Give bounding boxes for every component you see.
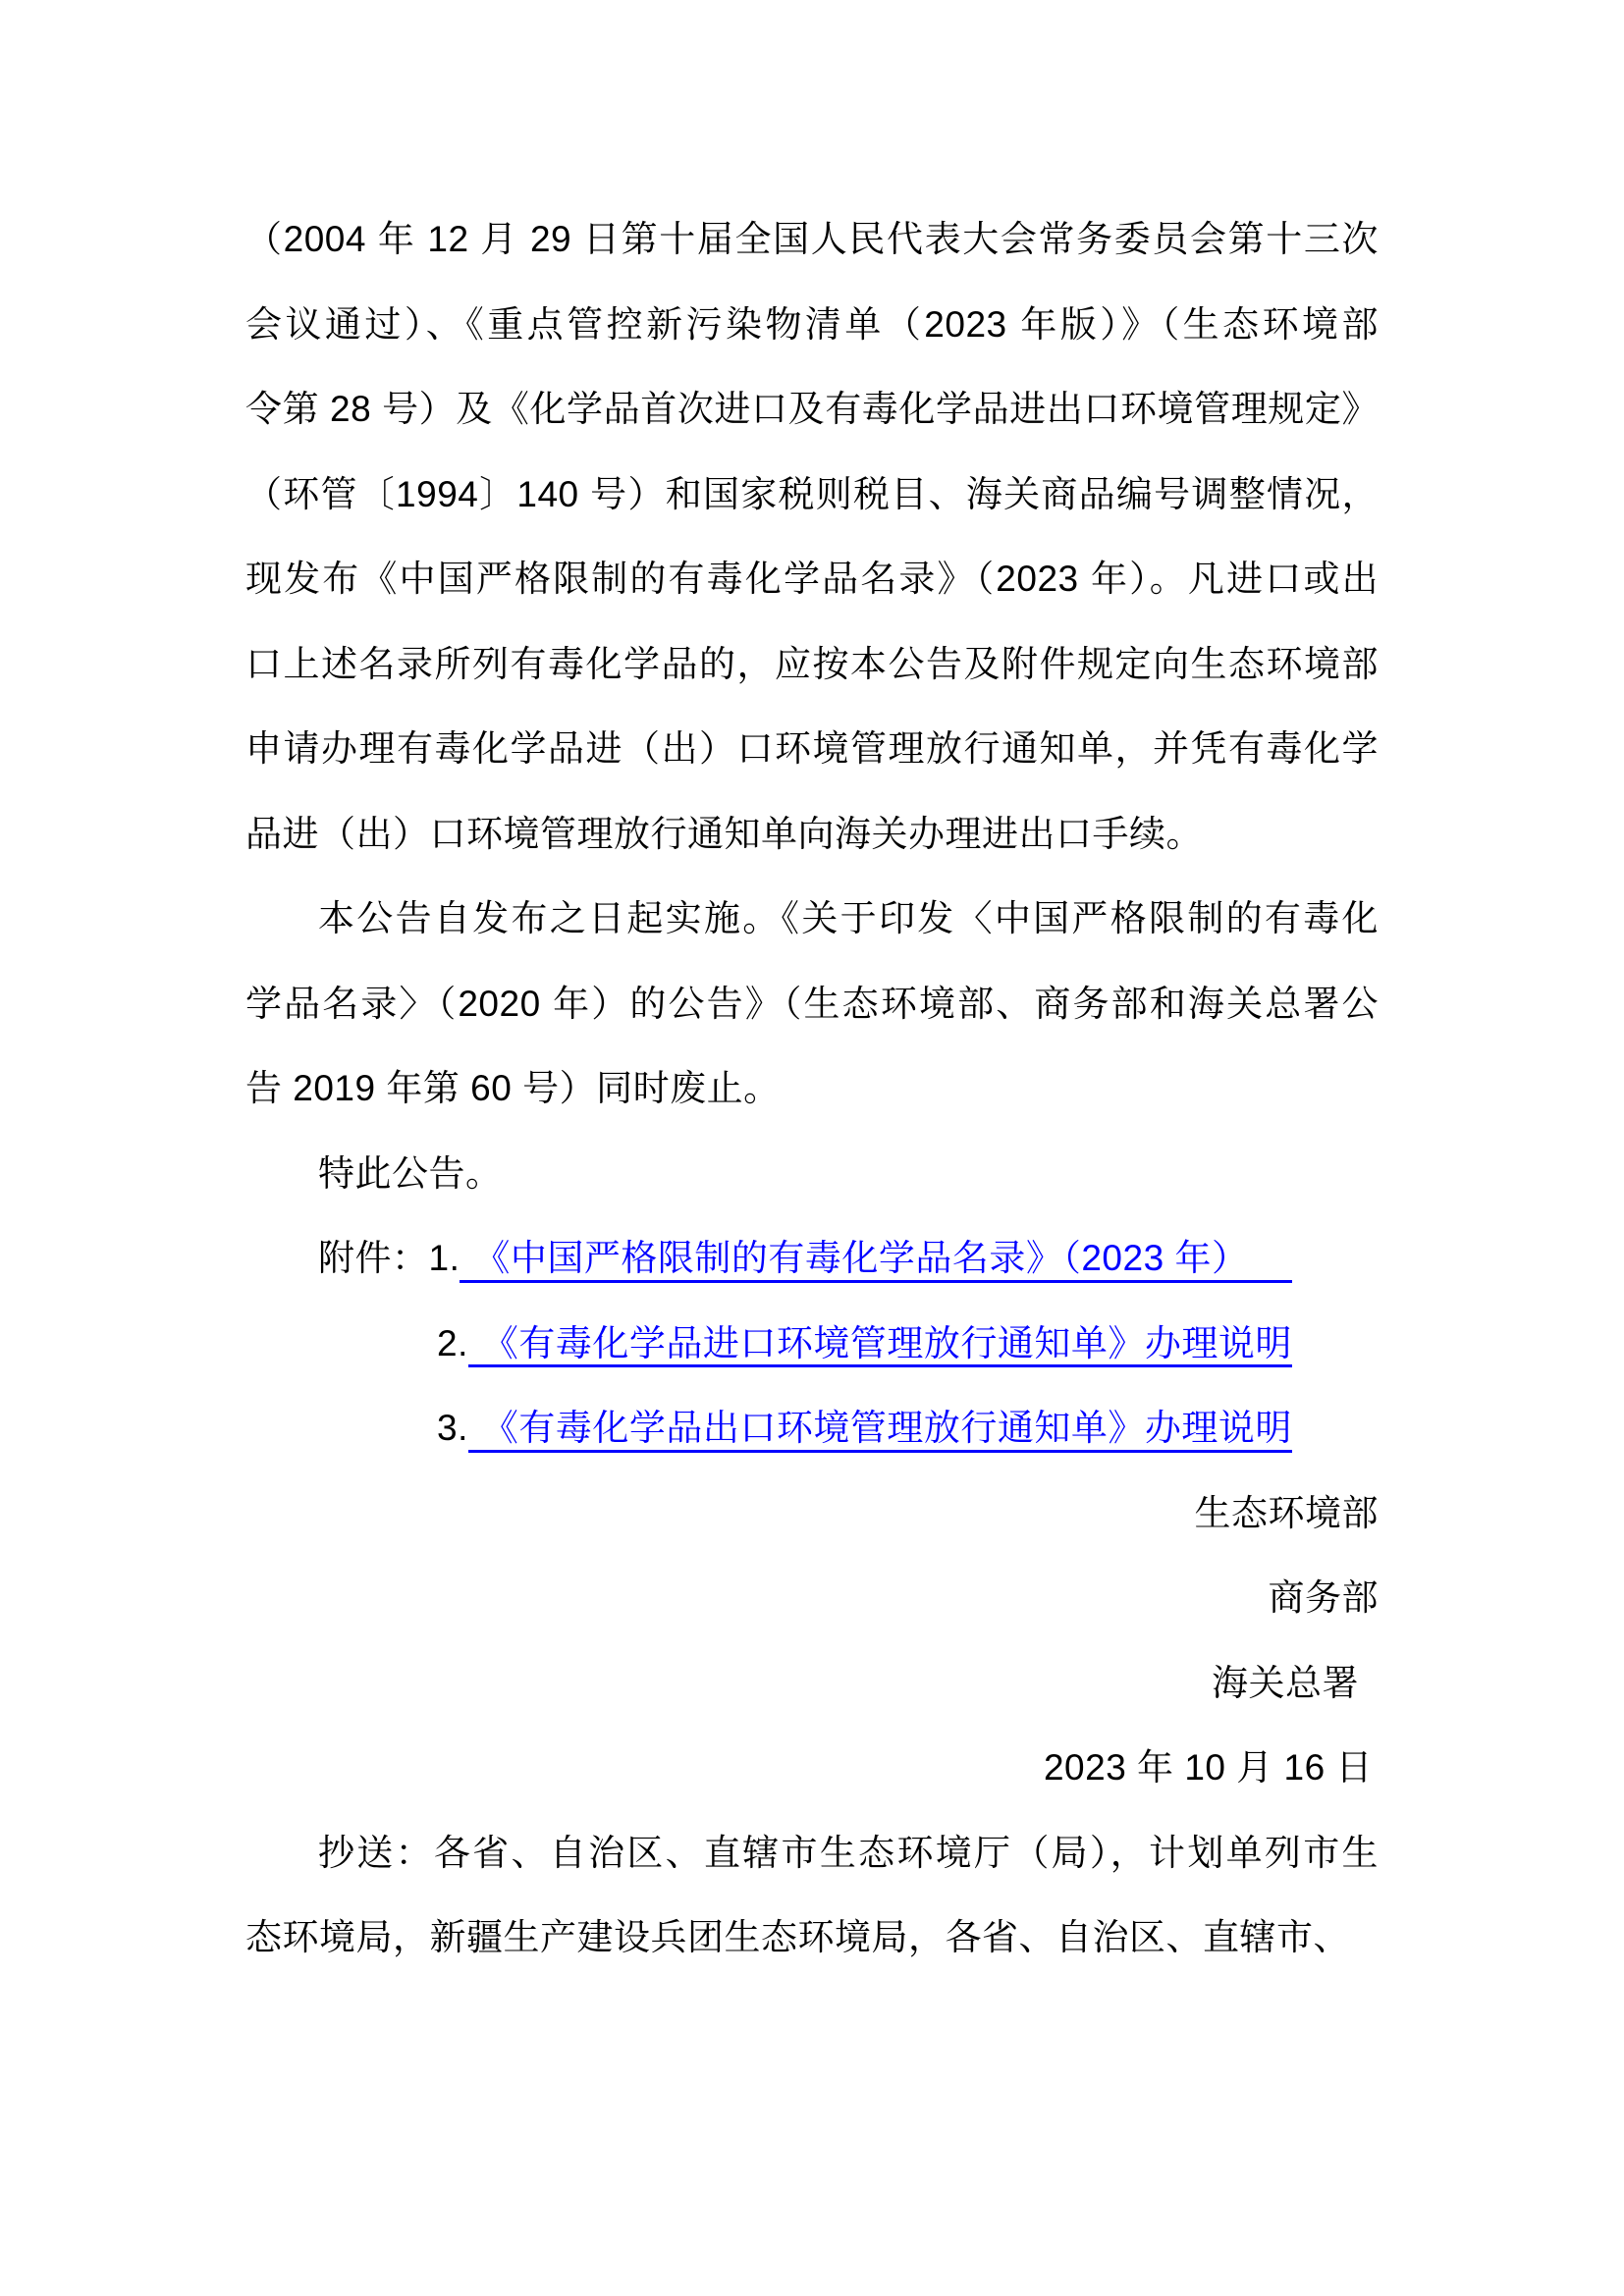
attachment-line-1: 附件：1.《中国严格限制的有毒化学品名录》（2023 年） <box>245 1216 1379 1302</box>
cc-line-2: 态环境局，新疆生产建设兵团生态环境局，各省、自治区、直辖市、 <box>245 1896 1379 1981</box>
document-text-block: （2004 年 12 月 29 日第十届全国人民代表大会常务委员会第十三次 会议… <box>245 197 1379 1981</box>
signature-agency-customs: 海关总署 <box>245 1641 1379 1727</box>
attachment-line-3: 3.《有毒化学品出口环境管理放行通知单》办理说明 <box>245 1386 1379 1471</box>
closing-line: 特此公告。 <box>245 1132 1379 1217</box>
signature-agency-mofcom: 商务部 <box>245 1556 1379 1641</box>
paragraph1-line-8: 品进（出）口环境管理放行通知单向海关办理进出口手续。 <box>245 792 1379 878</box>
paragraph2-line-1: 本公告自发布之日起实施。《关于印发〈中国严格限制的有毒化 <box>245 877 1379 962</box>
attachments-label: 附件： <box>318 1238 429 1278</box>
attachment-2-number: 2. <box>437 1323 468 1363</box>
paragraph1-line-4: （环管〔1994〕140 号）和国家税则税目、海关商品编号调整情况， <box>245 453 1379 538</box>
document-page: （2004 年 12 月 29 日第十届全国人民代表大会常务委员会第十三次 会议… <box>0 0 1624 2296</box>
paragraph1-line-1: （2004 年 12 月 29 日第十届全国人民代表大会常务委员会第十三次 <box>245 197 1379 283</box>
signature-date: 2023 年 10 月 16 日 <box>245 1726 1379 1811</box>
paragraph1-line-6: 口上述名录所列有毒化学品的，应按本公告及附件规定向生态环境部 <box>245 622 1379 708</box>
attachment-line-2: 2.《有毒化学品进口环境管理放行通知单》办理说明 <box>245 1302 1379 1387</box>
signature-agency-moee: 生态环境部 <box>245 1471 1379 1557</box>
paragraph1-line-5: 现发布《中国严格限制的有毒化学品名录》（2023 年）。凡进口或出 <box>245 537 1379 622</box>
paragraph2-line-3: 告 2019 年第 60 号）同时废止。 <box>245 1046 1379 1132</box>
attachment-1-link[interactable]: 《中国严格限制的有毒化学品名录》（2023 年） <box>460 1237 1292 1283</box>
paragraph1-line-7: 申请办理有毒化学品进（出）口环境管理放行通知单，并凭有毒化学 <box>245 707 1379 792</box>
attachment-3-number: 3. <box>437 1408 468 1448</box>
paragraph2-line-2: 学品名录〉（2020 年）的公告》（生态环境部、商务部和海关总署公 <box>245 962 1379 1047</box>
paragraph1-line-2: 会议通过）、《重点管控新污染物清单（2023 年版）》（生态环境部 <box>245 283 1379 368</box>
attachment-1-number: 1. <box>429 1238 460 1278</box>
attachment-3-link[interactable]: 《有毒化学品出口环境管理放行通知单》办理说明 <box>468 1407 1292 1453</box>
attachment-2-link[interactable]: 《有毒化学品进口环境管理放行通知单》办理说明 <box>468 1322 1292 1368</box>
cc-line-1: 抄送：各省、自治区、直辖市生态环境厅（局），计划单列市生 <box>245 1811 1379 1896</box>
paragraph1-line-3: 令第 28 号）及《化学品首次进口及有毒化学品进出口环境管理规定》 <box>245 367 1379 453</box>
